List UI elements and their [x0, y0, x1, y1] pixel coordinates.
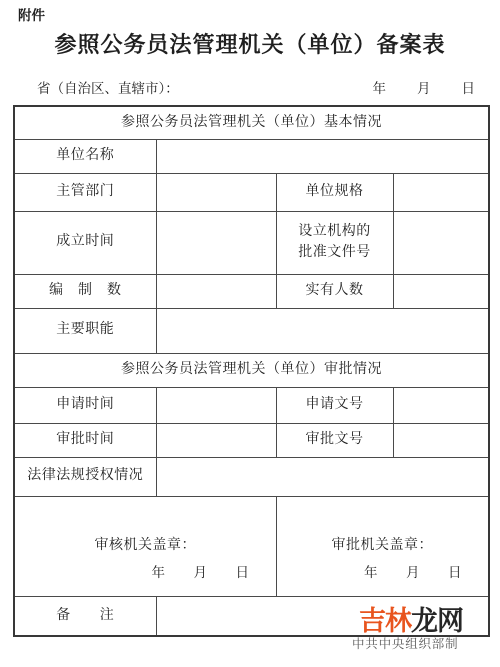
section-approval-header: 参照公务员法管理机关（单位）审批情况 — [14, 353, 489, 387]
province-label: 省（自治区、直辖市）： — [37, 77, 179, 97]
staffing-field — [156, 274, 276, 308]
apply-time-label: 申请时间 — [14, 387, 156, 423]
apply-time-field — [156, 387, 276, 423]
dept-label: 主管部门 — [14, 173, 156, 211]
approve-seal-date-day: 日 — [448, 563, 462, 583]
approval-doc-no-field — [393, 211, 489, 274]
unit-spec-field — [393, 173, 489, 211]
approve-seal-date-month: 月 — [406, 563, 420, 583]
approve-seal-date: 年 月 日 — [364, 563, 462, 583]
section-basic-header: 参照公务员法管理机关（单位）基本情况 — [14, 106, 489, 139]
headcount-field — [393, 274, 489, 308]
approval-doc-no-label-line2: 批准文件号 — [277, 243, 393, 263]
site-watermark-part1: 吉林 — [359, 606, 411, 636]
legal-auth-label: 法律法规授权情况 — [14, 457, 156, 496]
issuer-text: 中共中央组织部制 — [352, 634, 458, 652]
approve-seal-cell: 审批机关盖章： 年 月 日 — [276, 496, 489, 596]
header-date-month: 月 — [417, 77, 431, 97]
approve-seal-label: 审批机关盖章： — [332, 538, 434, 553]
established-label: 成立时间 — [14, 211, 156, 274]
review-seal-date: 年 月 日 — [152, 563, 250, 583]
approve-no-label: 审批文号 — [276, 423, 393, 457]
staffing-label: 编 制 数 — [14, 274, 156, 308]
approve-seal-date-year: 年 — [364, 563, 378, 583]
established-field — [156, 211, 276, 274]
site-watermark-part2: 龙网 — [411, 606, 463, 636]
legal-auth-field — [156, 457, 489, 496]
approve-time-field — [156, 423, 276, 457]
form-subheader: 省（自治区、直辖市）： 年 月 日 — [37, 77, 475, 97]
site-watermark: 吉林龙网 — [359, 607, 463, 637]
unit-name-label: 单位名称 — [14, 139, 156, 173]
headcount-label: 实有人数 — [276, 274, 393, 308]
approval-doc-no-label-line1: 设立机构的 — [277, 222, 393, 242]
unit-spec-label: 单位规格 — [276, 173, 393, 211]
approve-time-label: 审批时间 — [14, 423, 156, 457]
dept-field — [156, 173, 276, 211]
functions-label: 主要职能 — [14, 308, 156, 353]
record-form-table: 参照公务员法管理机关（单位）基本情况 单位名称 主管部门 单位规格 成立时间 设… — [13, 105, 490, 637]
apply-no-label: 申请文号 — [276, 387, 393, 423]
form-title: 参照公务员法管理机关（单位）备案表 — [0, 28, 500, 59]
review-seal-cell: 审核机关盖章： 年 月 日 — [14, 496, 276, 596]
review-seal-date-year: 年 — [152, 563, 166, 583]
header-date-year: 年 — [373, 77, 387, 97]
unit-name-field — [156, 139, 489, 173]
review-seal-label: 审核机关盖章： — [95, 538, 197, 553]
attachment-label: 附件 — [18, 4, 45, 24]
remarks-label: 备 注 — [14, 596, 156, 636]
header-date-day: 日 — [462, 77, 476, 97]
form-page: 附件 参照公务员法管理机关（单位）备案表 省（自治区、直辖市）： 年 月 日 参… — [0, 0, 500, 667]
functions-field — [156, 308, 489, 353]
approval-doc-no-label: 设立机构的 批准文件号 — [276, 211, 393, 274]
apply-no-field — [393, 387, 489, 423]
review-seal-date-day: 日 — [236, 563, 250, 583]
header-date: 年 月 日 — [373, 77, 476, 97]
approve-no-field — [393, 423, 489, 457]
review-seal-date-month: 月 — [194, 563, 208, 583]
